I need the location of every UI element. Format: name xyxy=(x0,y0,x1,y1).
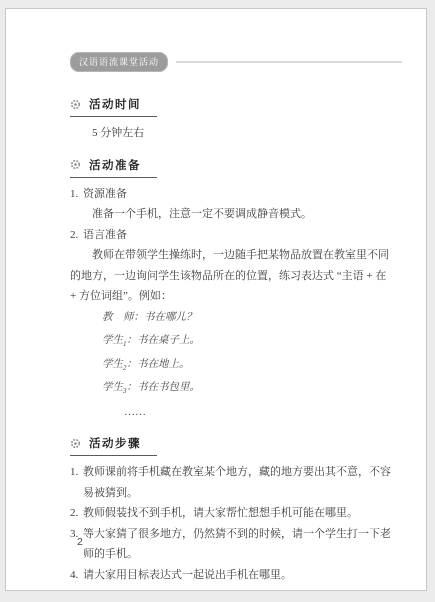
prep-item-1-body: 准备一个手机，注意一定不要调成静音模式。 xyxy=(70,204,392,225)
section-heading-steps: 活动步骤 xyxy=(70,435,157,456)
activity-time-text: 5 分钟左右 xyxy=(70,123,392,144)
gear-icon xyxy=(70,438,81,449)
page-header: 汉语语流课堂活动 xyxy=(70,53,392,71)
dialogue-text: ：书在桌子上。 xyxy=(127,335,201,346)
book-page: 汉语语流课堂活动 活动时间 5 分钟左右 活动准备 xyxy=(5,8,427,591)
chapter-badge: 汉语语流课堂活动 xyxy=(70,52,168,72)
gear-icon xyxy=(70,99,81,110)
header-rule-line xyxy=(176,61,402,63)
step-number: 2. xyxy=(70,503,83,524)
example-dialogue: 教 师：书在哪儿？ 学生1：书在桌子上。 学生2：书在地上。 学生3：书在书包里… xyxy=(102,308,392,423)
section-activity-time: 活动时间 5 分钟左右 xyxy=(70,96,392,144)
step-text: 请大家用目标表达式一起说出手机在哪里。 xyxy=(83,565,392,586)
section-activity-prep: 活动准备 1. 资源准备 准备一个手机，注意一定不要调成静音模式。 2. 语言准… xyxy=(70,157,392,423)
gear-icon xyxy=(70,159,81,170)
item-number: 2. xyxy=(70,225,83,246)
item-label: 语言准备 xyxy=(83,225,127,246)
dialogue-text: ：书在书包里。 xyxy=(127,382,201,393)
prep-item-1-label: 1. 资源准备 xyxy=(70,184,392,205)
dialogue-line-student1: 学生1：书在桌子上。 xyxy=(102,331,392,355)
step-item-4: 4. 请大家用目标表达式一起说出手机在哪里。 xyxy=(70,565,392,586)
dialogue-line-student2: 学生2：书在地上。 xyxy=(102,355,392,379)
dialogue-text: ：书在哪儿？ xyxy=(134,312,197,323)
step-item-3: 3. 等大家猜了很多地方，仍然猜不到的时候，请一个学生打一下老师的手机。 xyxy=(70,524,392,565)
speaker: 教 师 xyxy=(102,312,134,323)
speaker: 学生 xyxy=(102,335,123,346)
dialogue-text: ：书在地上。 xyxy=(127,359,190,370)
dialogue-line-student3: 学生3：书在书包里。 xyxy=(102,378,392,402)
prep-item-2-label: 2. 语言准备 xyxy=(70,225,392,246)
step-text: 教师课前将手机藏在教室某个地方，藏的地方要出其不意，不容易被猜到。 xyxy=(83,462,392,503)
step-item-1: 1. 教师课前将手机藏在教室某个地方，藏的地方要出其不意，不容易被猜到。 xyxy=(70,462,392,503)
section-heading-time: 活动时间 xyxy=(70,96,157,117)
step-number: 4. xyxy=(70,565,83,586)
section-title: 活动步骤 xyxy=(89,435,141,451)
item-label: 资源准备 xyxy=(83,184,127,205)
section-title: 活动准备 xyxy=(89,157,141,173)
section-activity-steps: 活动步骤 1. 教师课前将手机藏在教室某个地方，藏的地方要出其不意，不容易被猜到… xyxy=(70,435,392,585)
step-text: 教师假装找不到手机，请大家帮忙想想手机可能在哪里。 xyxy=(83,503,392,524)
section-title: 活动时间 xyxy=(89,96,141,112)
prep-item-2-body: 教师在带领学生操练时，一边随手把某物品放置在教室里不同的地方，一边询问学生该物品… xyxy=(70,245,392,307)
item-number: 1. xyxy=(70,184,83,205)
page-number: 2 xyxy=(77,536,83,548)
section-heading-prep: 活动准备 xyxy=(70,157,157,178)
dialogue-ellipsis: …… xyxy=(124,402,392,423)
step-item-2: 2. 教师假装找不到手机，请大家帮忙想想手机可能在哪里。 xyxy=(70,503,392,524)
speaker: 学生 xyxy=(102,359,123,370)
dialogue-line-teacher: 教 师：书在哪儿？ xyxy=(102,308,392,332)
step-text: 等大家猜了很多地方，仍然猜不到的时候，请一个学生打一下老师的手机。 xyxy=(83,524,392,565)
step-number: 1. xyxy=(70,462,83,503)
speaker: 学生 xyxy=(102,382,123,393)
